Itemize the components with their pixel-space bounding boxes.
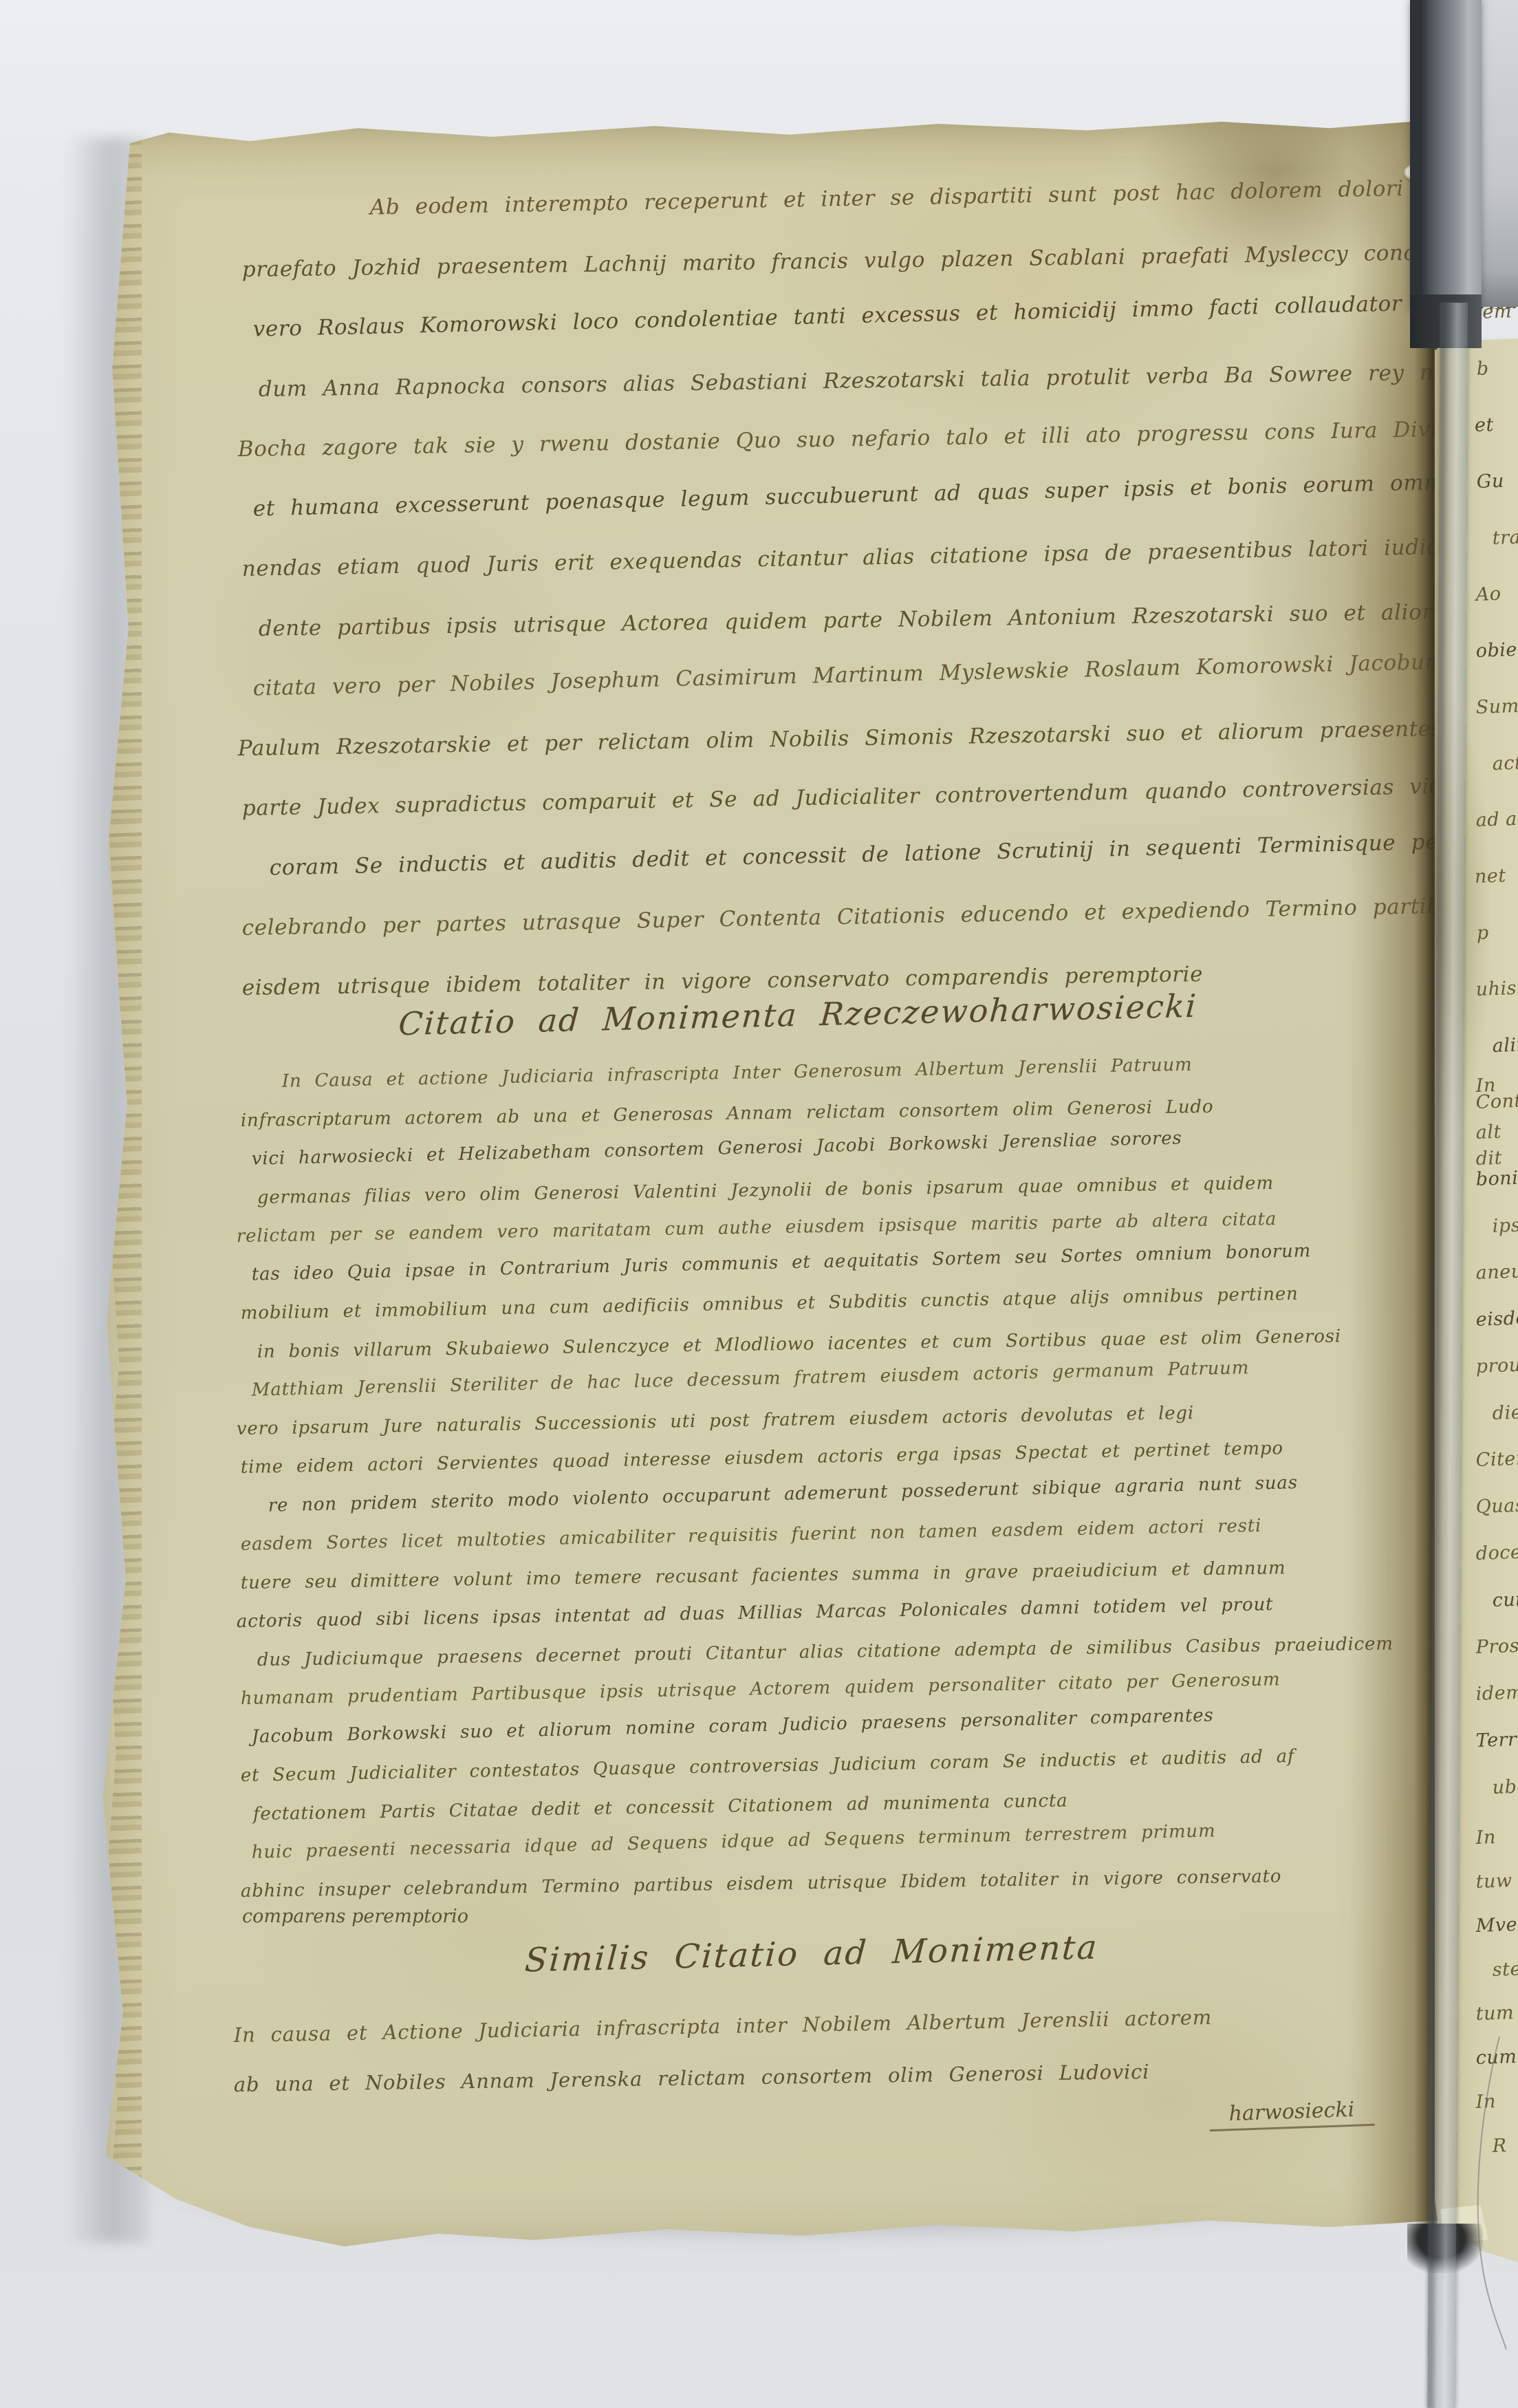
- fragment-text-line: Mve: [1475, 1903, 1518, 1948]
- photographed-manuscript-scene: Ab eodem interempto receperunt et inter …: [0, 0, 1518, 2408]
- catchword: harwosiecki: [1208, 2097, 1374, 2131]
- fragment-text-line: aneu: [1475, 1249, 1518, 1297]
- fragment-text-line: uhis: [1475, 960, 1518, 1018]
- fragment-text-line: actor: [1491, 735, 1518, 793]
- facing-page-text-fragments-top: hartem bet GutraueAoobieSumactorad anet …: [1476, 228, 1518, 1187]
- fragment-text-line: et Gu: [1474, 396, 1518, 510]
- facing-page-text-fragments-middle: InaltboniipsianeueisdemproutdiemCiterQua…: [1476, 1063, 1518, 1812]
- fragment-text-line: ipsi: [1492, 1202, 1518, 1250]
- fragment-text-line: ubor: [1492, 1763, 1518, 1812]
- fragment-text-line: alt: [1475, 1108, 1518, 1157]
- fragment-text-line: Quas: [1475, 1483, 1518, 1531]
- fragment-text-line: Ao: [1475, 566, 1518, 623]
- fragment-text-line: ad a: [1475, 791, 1518, 849]
- fragment-text-line: doce: [1475, 1529, 1518, 1578]
- fragment-text-line: idem: [1475, 1670, 1518, 1718]
- background-right-of-bar: [1482, 0, 1518, 307]
- fragment-text-line: Citer: [1475, 1436, 1518, 1484]
- fragment-text-line: boni: [1475, 1155, 1518, 1203]
- fragment-text-line: tum: [1475, 1991, 1518, 2036]
- fragment-text-line: traue: [1491, 509, 1518, 567]
- fragment-text-line: In: [1475, 1815, 1518, 1860]
- fragment-text-line: Terre: [1475, 1717, 1518, 1765]
- stray-fiber: [1458, 2036, 1513, 2353]
- fragment-text-line: Sum: [1475, 678, 1518, 736]
- fragment-text-line: cuit: [1492, 1576, 1518, 1624]
- closing-line: comparens peremptorio: [242, 1906, 468, 1927]
- fragment-text-line: eisdem: [1475, 1296, 1518, 1344]
- fragment-text-line: In: [1475, 1062, 1518, 1110]
- body-paragraph-1: Ab eodem interempto receperunt et inter …: [242, 180, 1398, 1018]
- fragment-text-line: tuw: [1475, 1859, 1518, 1904]
- fragment-text-line: prout: [1475, 1342, 1518, 1390]
- body-paragraph-2: In Causa et actione Judiciaria infrascri…: [241, 1063, 1410, 1911]
- glass-clamp-bar-top: [1410, 0, 1482, 311]
- fragment-text-line: stent: [1492, 1947, 1518, 1992]
- fragment-text-line: net p: [1474, 848, 1518, 962]
- fragment-text-line: obie: [1475, 622, 1518, 680]
- fragment-text-line: diem: [1492, 1389, 1518, 1437]
- body-paragraph-3: In causa et Actione Judiciaria infrascri…: [234, 2010, 1403, 2109]
- fragment-text-line: Prose: [1475, 1623, 1518, 1671]
